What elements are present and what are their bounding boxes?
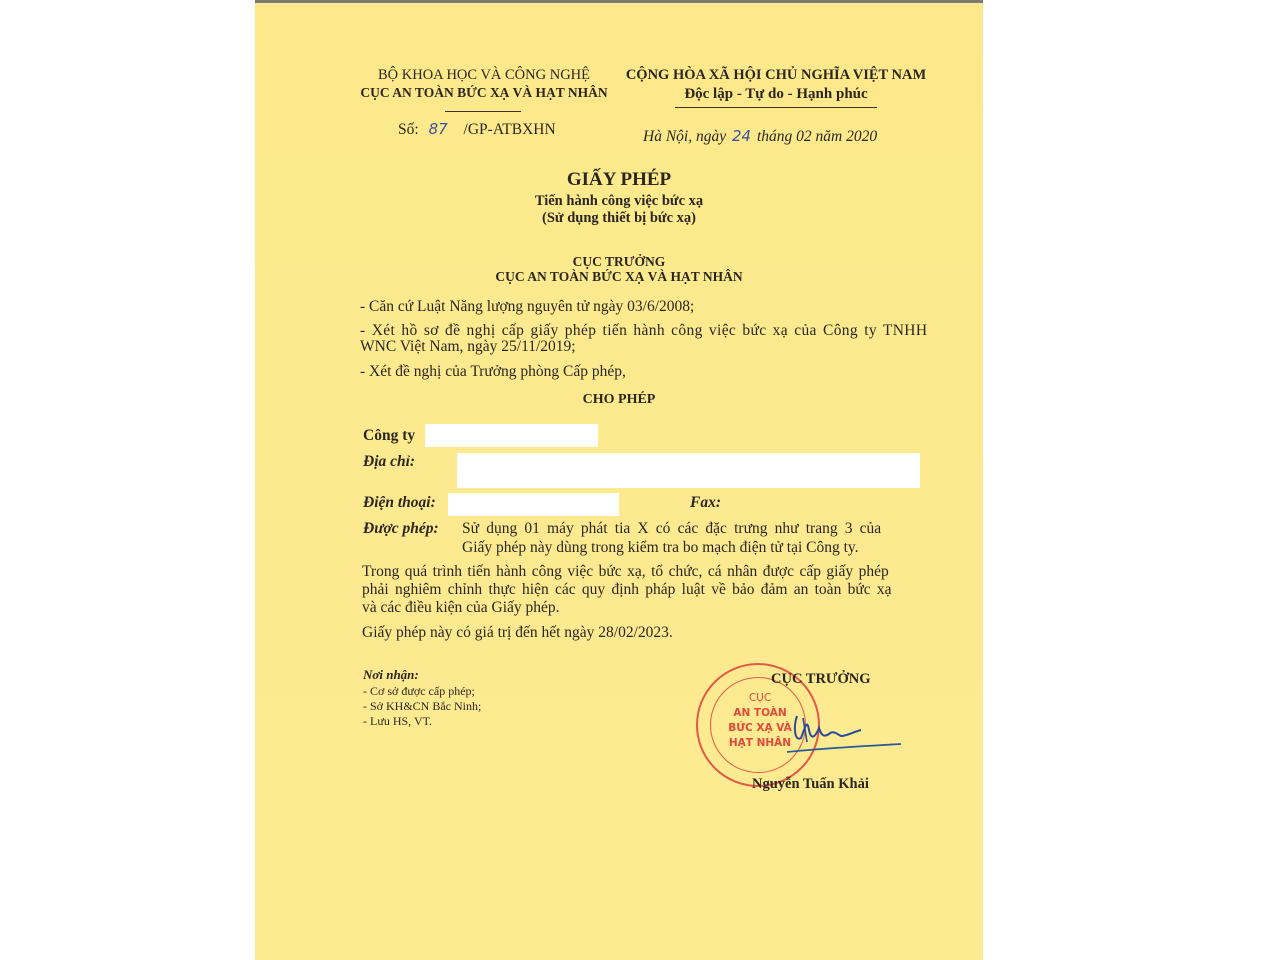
- seal-text: CỤC: [698, 691, 822, 705]
- company-label: Công ty: [363, 427, 415, 445]
- recipient-item: - Sở KH&CN Bắc Ninh;: [363, 699, 481, 714]
- ministry-name: BỘ KHOA HỌC VÀ CÔNG NGHỆ: [353, 67, 615, 84]
- condition-line: Trong quá trình tiến hành công việc bức …: [362, 563, 889, 581]
- number-handwritten: 87: [429, 120, 448, 138]
- validity-statement: Giấy phép này có giá trị đến hết ngày 28…: [362, 624, 673, 642]
- motto-underline: [675, 107, 877, 108]
- fax-label: Fax:: [690, 494, 721, 512]
- header-left-underline: [445, 111, 521, 112]
- company-redacted: [425, 424, 598, 447]
- basis-line: - Xét đề nghị của Trưởng phòng Cấp phép,: [360, 363, 626, 381]
- number-suffix: /GP-ATBXHN: [464, 121, 556, 138]
- address-label: Địa chỉ:: [363, 453, 415, 471]
- issue-date: Hà Nội, ngày 24 tháng 02 năm 2020: [643, 127, 877, 146]
- date-day-handwritten: 24: [732, 127, 751, 145]
- condition-line: phải nghiêm chỉnh thực hiện các quy định…: [362, 581, 892, 599]
- recipient-item: - Cơ sở được cấp phép;: [363, 684, 475, 699]
- country-name: CỘNG HÒA XÃ HỘI CHỦ NGHĨA VIỆT NAM: [617, 67, 935, 84]
- basis-line: - Căn cứ Luật Năng lượng nguyên tử ngày …: [360, 298, 694, 316]
- issuer-title: CỤC TRƯỞNG: [255, 254, 983, 270]
- recipients-title: Nơi nhận:: [363, 667, 419, 683]
- phone-label: Điện thoại:: [363, 494, 436, 512]
- document-number: Số: 87 /GP-ATBXHN: [398, 120, 556, 139]
- number-label: Số:: [398, 121, 419, 138]
- permitted-label: Được phép:: [363, 520, 439, 538]
- document-title: GIẤY PHÉP: [255, 169, 983, 191]
- permitted-text: Sử dụng 01 máy phát tia X có các đặc trư…: [462, 520, 881, 538]
- recipient-item: - Lưu HS, VT.: [363, 714, 432, 729]
- signer-title: CỤC TRƯỞNG: [771, 671, 871, 688]
- permitted-text: Giấy phép này dùng trong kiểm tra bo mạc…: [462, 539, 859, 557]
- date-suffix: tháng 02 năm 2020: [757, 128, 877, 145]
- motto: Độc lập - Tự do - Hạnh phúc: [617, 86, 935, 103]
- condition-line: và các điều kiện của Giấy phép.: [362, 599, 560, 617]
- address-redacted: [457, 453, 920, 488]
- document-subtitle: Tiến hành công việc bức xạ: [255, 193, 983, 210]
- signer-name: Nguyễn Tuấn Khải: [752, 776, 869, 793]
- basis-line: WNC Việt Nam, ngày 25/11/2019;: [360, 338, 576, 356]
- decision-heading: CHO PHÉP: [255, 392, 983, 408]
- handwritten-signature-icon: [785, 708, 905, 758]
- permit-document-page: BỘ KHOA HỌC VÀ CÔNG NGHỆ CỤC AN TOÀN BỨC…: [255, 0, 983, 960]
- issuer-agency: CỤC AN TOÀN BỨC XẠ VÀ HẠT NHÂN: [255, 269, 983, 285]
- date-prefix: Hà Nội, ngày: [643, 128, 726, 145]
- agency-name: CỤC AN TOÀN BỨC XẠ VÀ HẠT NHÂN: [353, 85, 615, 101]
- document-subtitle-2: (Sử dụng thiết bị bức xạ): [255, 210, 983, 227]
- phone-redacted: [448, 493, 619, 516]
